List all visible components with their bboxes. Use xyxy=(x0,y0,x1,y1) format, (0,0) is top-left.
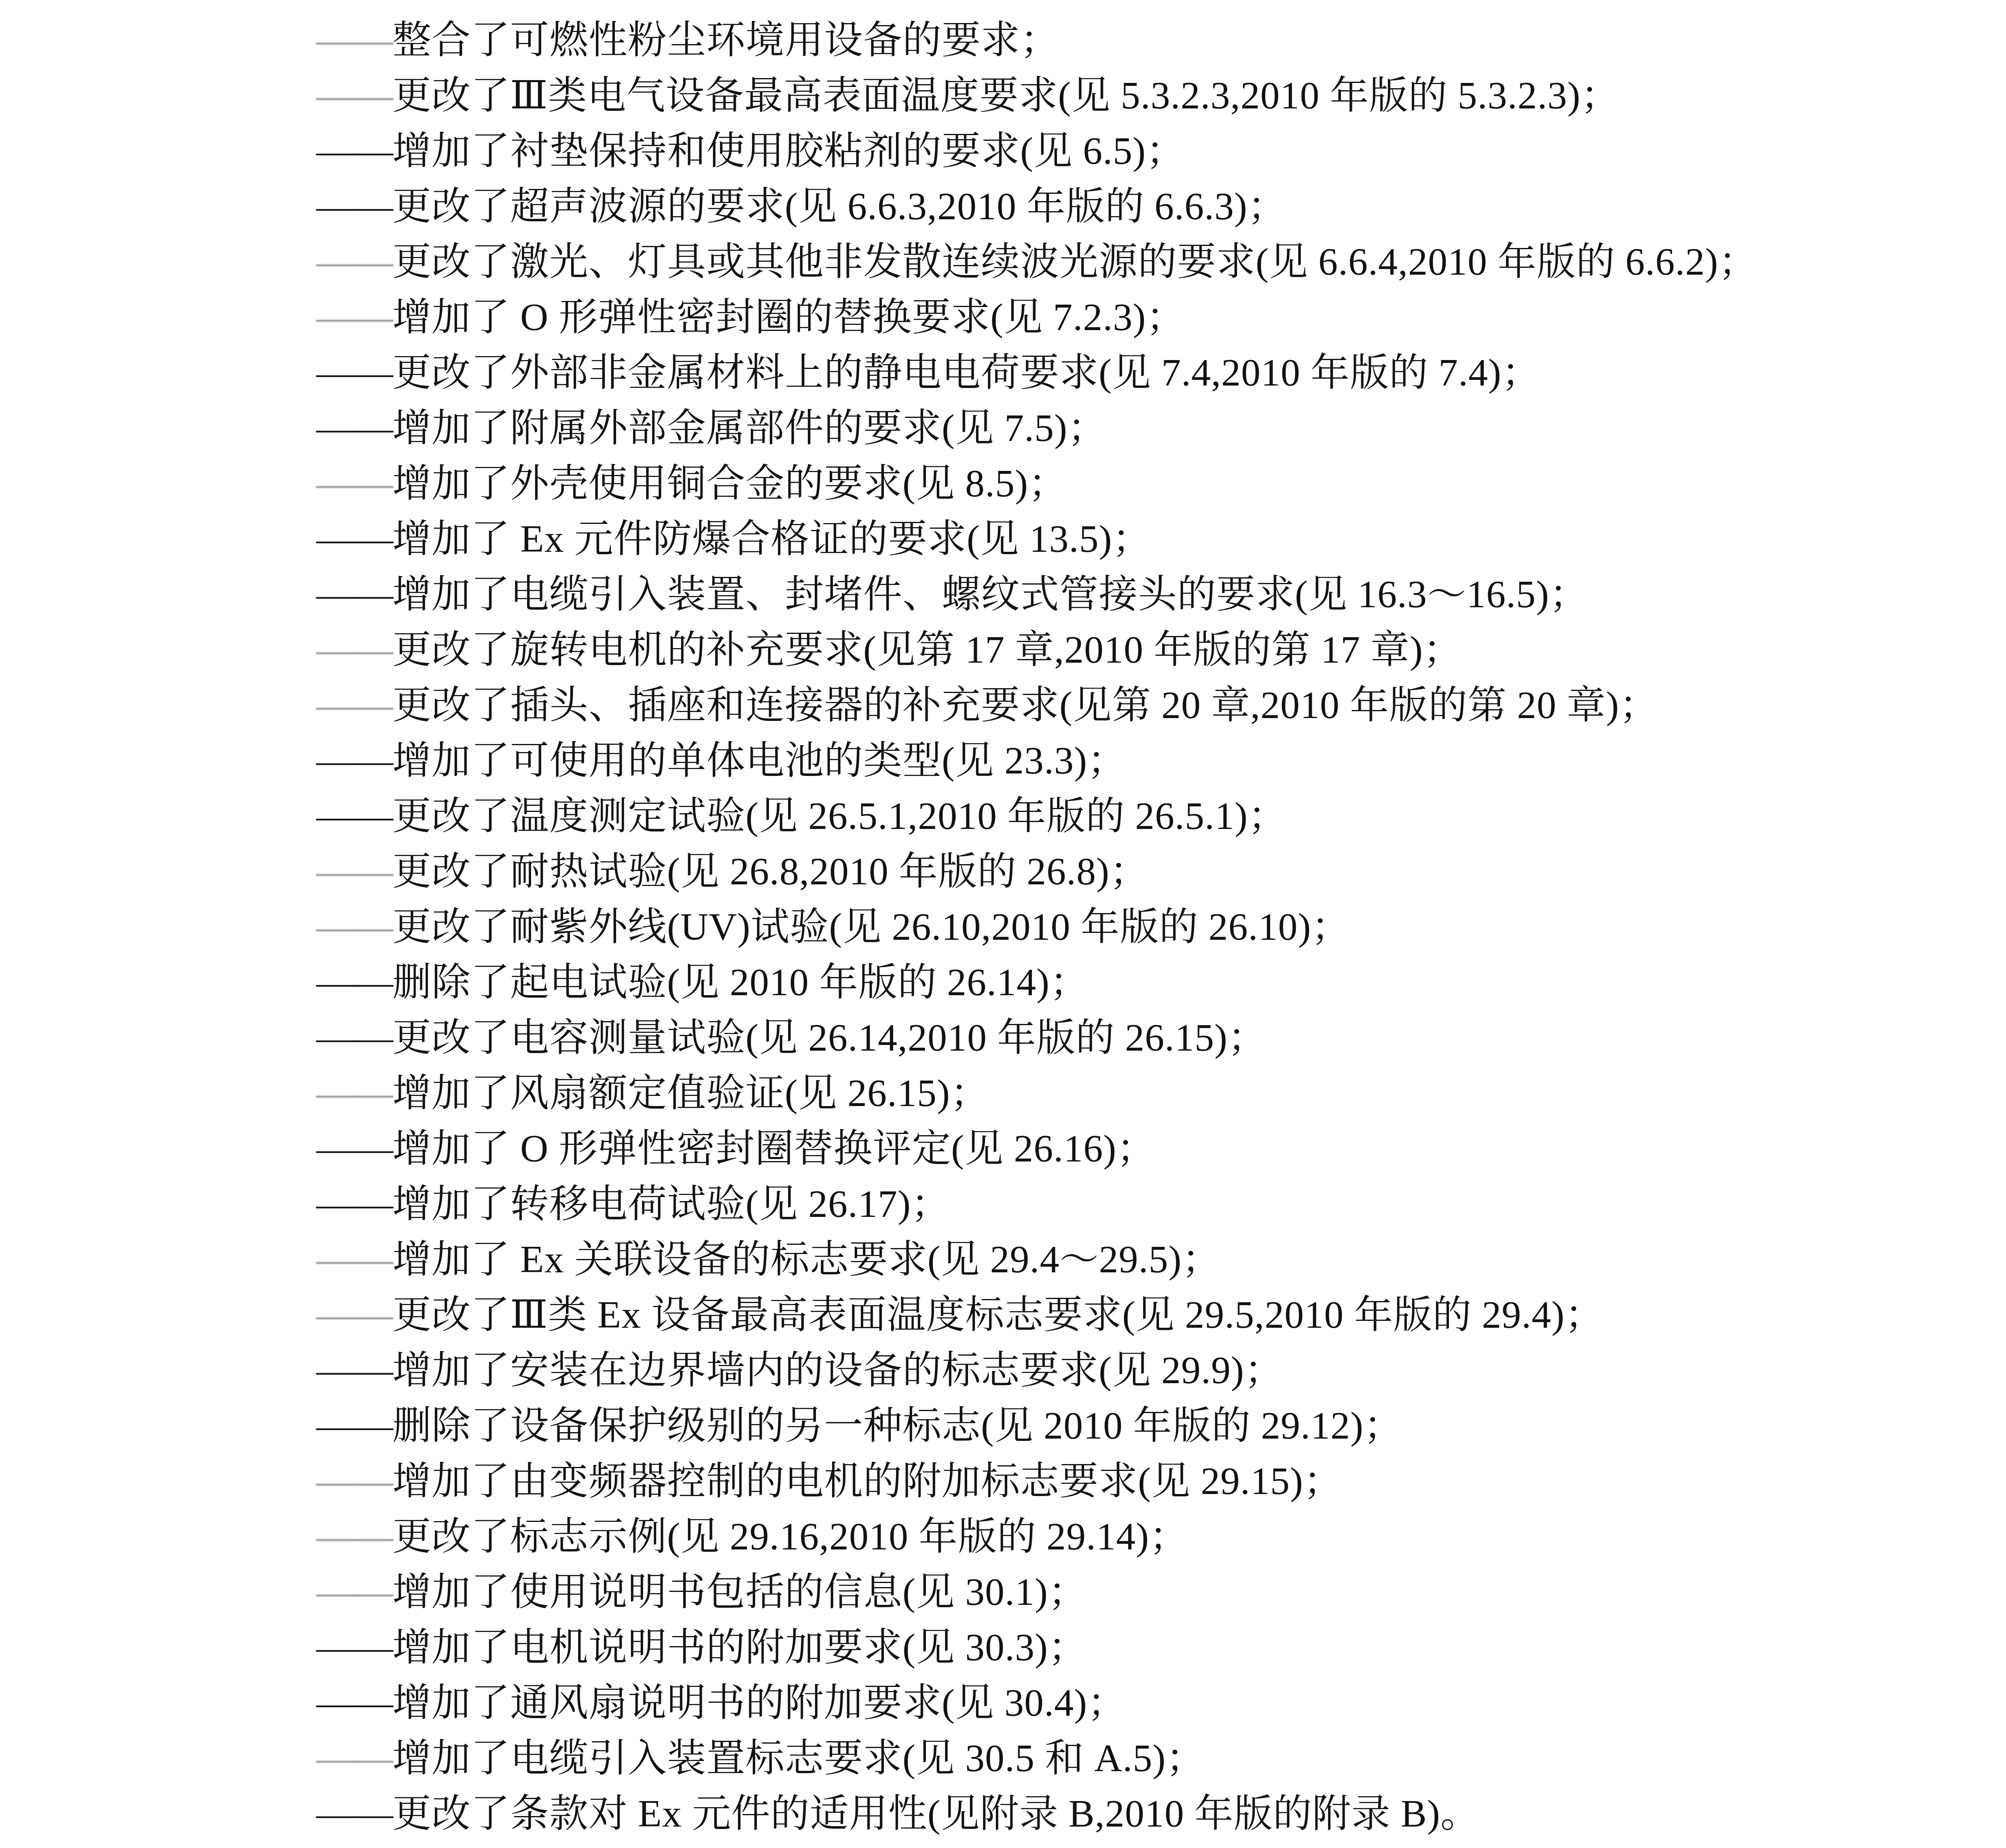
em-dash-bullet: —— xyxy=(316,181,392,231)
list-item: ——增加了由变频器控制的电机的附加标志要求(见 29.15)； xyxy=(316,1453,2006,1509)
list-item: ——更改了耐紫外线(UV)试验(见 26.10,2010 年版的 26.10)； xyxy=(316,899,2006,954)
list-item: ——更改了温度测定试验(见 26.5.1,2010 年版的 26.5.1)； xyxy=(316,788,2006,843)
list-item-text: 增加了 Ex 元件防爆合格证的要求(见 13.5)； xyxy=(392,517,1152,560)
em-dash-bullet: —— xyxy=(316,1511,392,1561)
em-dash-bullet: —— xyxy=(316,680,392,730)
document-page: ——整合了可燃性粉尘环境用设备的要求；——更改了Ⅲ类电气设备最高表面温度要求(见… xyxy=(0,0,2006,1848)
list-item-text: 更改了条款对 Ex 元件的适用性(见附录 B,2010 年版的附录 B)。 xyxy=(392,1792,1480,1835)
em-dash-bullet: —— xyxy=(316,292,392,342)
em-dash-bullet: —— xyxy=(316,1567,392,1617)
em-dash-bullet: —— xyxy=(316,902,392,952)
em-dash-bullet: —— xyxy=(316,1123,392,1173)
em-dash-bullet: —— xyxy=(316,15,392,65)
list-item: ——增加了附属外部金属部件的要求(见 7.5)； xyxy=(316,400,2006,456)
list-item-text: 更改了标志示例(见 29.16,2010 年版的 29.14)； xyxy=(392,1515,1188,1558)
list-item-text: 增加了使用说明书包括的信息(见 30.1)； xyxy=(392,1570,1087,1613)
list-item: ——增加了通风扇说明书的附加要求(见 30.4)； xyxy=(316,1675,2006,1730)
list-item: ——更改了标志示例(见 29.16,2010 年版的 29.14)； xyxy=(316,1509,2006,1564)
list-item-text: 更改了Ⅲ类 Ex 设备最高表面温度标志要求(见 29.5,2010 年版的 29… xyxy=(392,1293,1604,1336)
list-item-text: 更改了旋转电机的补充要求(见第 17 章,2010 年版的第 17 章)； xyxy=(392,628,1462,671)
em-dash-bullet: —— xyxy=(316,791,392,841)
list-item-text: 增加了 Ex 关联设备的标志要求(见 29.4～29.5)； xyxy=(392,1238,1221,1281)
list-item-text: 增加了风扇额定值验证(见 26.15)； xyxy=(392,1071,989,1115)
list-item-text: 更改了电容测量试验(见 26.14,2010 年版的 26.15)； xyxy=(392,1016,1267,1059)
list-item: ——整合了可燃性粉尘环境用设备的要求； xyxy=(316,12,2006,68)
list-item: ——增加了 Ex 关联设备的标志要求(见 29.4～29.5)； xyxy=(316,1231,2006,1287)
list-item: ——增加了风扇额定值验证(见 26.15)； xyxy=(316,1065,2006,1121)
list-item: ——增加了使用说明书包括的信息(见 30.1)； xyxy=(316,1564,2006,1619)
list-item-text: 增加了电机说明书的附加要求(见 30.3)； xyxy=(392,1625,1087,1669)
list-item: ——增加了外壳使用铜合金的要求(见 8.5)； xyxy=(316,456,2006,511)
em-dash-bullet: —— xyxy=(316,1622,392,1672)
list-item: ——更改了耐热试验(见 26.8,2010 年版的 26.8)； xyxy=(316,843,2006,899)
list-item: ——更改了外部非金属材料上的静电电荷要求(见 7.4,2010 年版的 7.4)… xyxy=(316,345,2006,400)
em-dash-bullet: —— xyxy=(316,625,392,674)
list-item: ——增加了安装在边界墙内的设备的标志要求(见 29.9)； xyxy=(316,1342,2006,1398)
list-item: ——增加了衬垫保持和使用胶粘剂的要求(见 6.5)； xyxy=(316,123,2006,178)
list-item-text: 增加了由变频器控制的电机的附加标志要求(见 29.15)； xyxy=(392,1459,1343,1503)
list-item-text: 更改了插头、插座和连接器的补充要求(见第 20 章,2010 年版的第 20 章… xyxy=(392,683,1659,727)
list-item: ——增加了电缆引入装置、封堵件、螺纹式管接头的要求(见 16.3～16.5)； xyxy=(316,566,2006,622)
em-dash-bullet: —— xyxy=(316,1456,392,1506)
list-item-text: 增加了安装在边界墙内的设备的标志要求(见 29.9)； xyxy=(392,1348,1284,1392)
list-item-text: 更改了Ⅲ类电气设备最高表面温度要求(见 5.3.2.3,2010 年版的 5.3… xyxy=(392,74,1620,117)
em-dash-bullet: —— xyxy=(316,957,392,1007)
list-item: ——更改了超声波源的要求(见 6.6.3,2010 年版的 6.6.3)； xyxy=(316,178,2006,234)
list-item-text: 更改了温度测定试验(见 26.5.1,2010 年版的 26.5.1)； xyxy=(392,794,1287,837)
list-item-text: 增加了外壳使用铜合金的要求(见 8.5)； xyxy=(392,462,1068,505)
list-item: ——增加了可使用的单体电池的类型(见 23.3)； xyxy=(316,733,2006,788)
list-item-text: 更改了耐热试验(见 26.8,2010 年版的 26.8)； xyxy=(392,850,1149,893)
em-dash-bullet: —— xyxy=(316,1789,392,1838)
list-item-text: 增加了转移电荷试验(见 26.17)； xyxy=(392,1182,950,1225)
list-item-text: 增加了衬垫保持和使用胶粘剂的要求(见 6.5)； xyxy=(392,129,1185,172)
em-dash-bullet: —— xyxy=(316,1179,392,1229)
list-item: ——删除了设备保护级别的另一种标志(见 2010 年版的 29.12)； xyxy=(316,1398,2006,1453)
em-dash-bullet: —— xyxy=(316,348,392,397)
list-item: ——增加了转移电荷试验(见 26.17)； xyxy=(316,1176,2006,1231)
list-item: ——更改了Ⅲ类电气设备最高表面温度要求(见 5.3.2.3,2010 年版的 5… xyxy=(316,68,2006,123)
list-item-text: 整合了可燃性粉尘环境用设备的要求； xyxy=(392,18,1059,61)
change-list: ——整合了可燃性粉尘环境用设备的要求；——更改了Ⅲ类电气设备最高表面温度要求(见… xyxy=(316,12,2006,1841)
em-dash-bullet: —— xyxy=(316,237,392,286)
list-item: ——更改了电容测量试验(见 26.14,2010 年版的 26.15)； xyxy=(316,1010,2006,1065)
list-item-text: 增加了通风扇说明书的附加要求(见 30.4)； xyxy=(392,1681,1127,1724)
em-dash-bullet: —— xyxy=(316,846,392,896)
em-dash-bullet: —— xyxy=(316,1013,392,1062)
list-item-text: 增加了 O 形弹性密封圈替换评定(见 26.16)； xyxy=(392,1127,1156,1170)
em-dash-bullet: —— xyxy=(316,735,392,785)
list-item-text: 增加了 O 形弹性密封圈的替换要求(见 7.2.3)； xyxy=(392,295,1185,339)
em-dash-bullet: —— xyxy=(316,1401,392,1450)
list-item: ——增加了电机说明书的附加要求(见 30.3)； xyxy=(316,1619,2006,1675)
list-item: ——更改了旋转电机的补充要求(见第 17 章,2010 年版的第 17 章)； xyxy=(316,622,2006,677)
em-dash-bullet: —— xyxy=(316,1678,392,1727)
list-item: ——删除了起电试验(见 2010 年版的 26.14)； xyxy=(316,954,2006,1010)
em-dash-bullet: —— xyxy=(316,70,392,120)
em-dash-bullet: —— xyxy=(316,1345,392,1395)
list-item: ——更改了激光、灯具或其他非发散连续波光源的要求(见 6.6.4,2010 年版… xyxy=(316,234,2006,289)
em-dash-bullet: —— xyxy=(316,1068,392,1118)
list-item: ——增加了 O 形弹性密封圈替换评定(见 26.16)； xyxy=(316,1121,2006,1176)
list-item: ——增加了 O 形弹性密封圈的替换要求(见 7.2.3)； xyxy=(316,289,2006,345)
em-dash-bullet: —— xyxy=(316,126,392,176)
list-item-text: 增加了电缆引入装置标志要求(见 30.5 和 A.5)； xyxy=(392,1736,1205,1780)
list-item: ——增加了 Ex 元件防爆合格证的要求(见 13.5)； xyxy=(316,511,2006,566)
list-item: ——更改了条款对 Ex 元件的适用性(见附录 B,2010 年版的附录 B)。 xyxy=(316,1786,2006,1841)
em-dash-bullet: —— xyxy=(316,403,392,453)
list-item-text: 更改了耐紫外线(UV)试验(见 26.10,2010 年版的 26.10)； xyxy=(392,905,1351,948)
em-dash-bullet: —— xyxy=(316,569,392,619)
list-item: ——增加了电缆引入装置标志要求(见 30.5 和 A.5)； xyxy=(316,1730,2006,1786)
list-item-text: 更改了超声波源的要求(见 6.6.3,2010 年版的 6.6.3)； xyxy=(392,184,1287,228)
list-item-text: 增加了附属外部金属部件的要求(见 7.5)； xyxy=(392,406,1107,449)
list-item-text: 增加了电缆引入装置、封堵件、螺纹式管接头的要求(见 16.3～16.5)； xyxy=(392,572,1589,616)
em-dash-bullet: —— xyxy=(316,458,392,508)
list-item: ——更改了插头、插座和连接器的补充要求(见第 20 章,2010 年版的第 20… xyxy=(316,677,2006,733)
list-item-text: 删除了设备保护级别的另一种标志(见 2010 年版的 29.12)； xyxy=(392,1404,1403,1447)
em-dash-bullet: —— xyxy=(316,1234,392,1284)
em-dash-bullet: —— xyxy=(316,514,392,564)
em-dash-bullet: —— xyxy=(316,1733,392,1783)
list-item-text: 删除了起电试验(见 2010 年版的 26.14)； xyxy=(392,960,1089,1004)
list-item-text: 更改了外部非金属材料上的静电电荷要求(见 7.4,2010 年版的 7.4)； xyxy=(392,351,1541,394)
em-dash-bullet: —— xyxy=(316,1290,392,1339)
list-item-text: 增加了可使用的单体电池的类型(见 23.3)； xyxy=(392,739,1127,782)
list-item-text: 更改了激光、灯具或其他非发散连续波光源的要求(见 6.6.4,2010 年版的 … xyxy=(392,240,1758,283)
list-item: ——更改了Ⅲ类 Ex 设备最高表面温度标志要求(见 29.5,2010 年版的 … xyxy=(316,1287,2006,1342)
